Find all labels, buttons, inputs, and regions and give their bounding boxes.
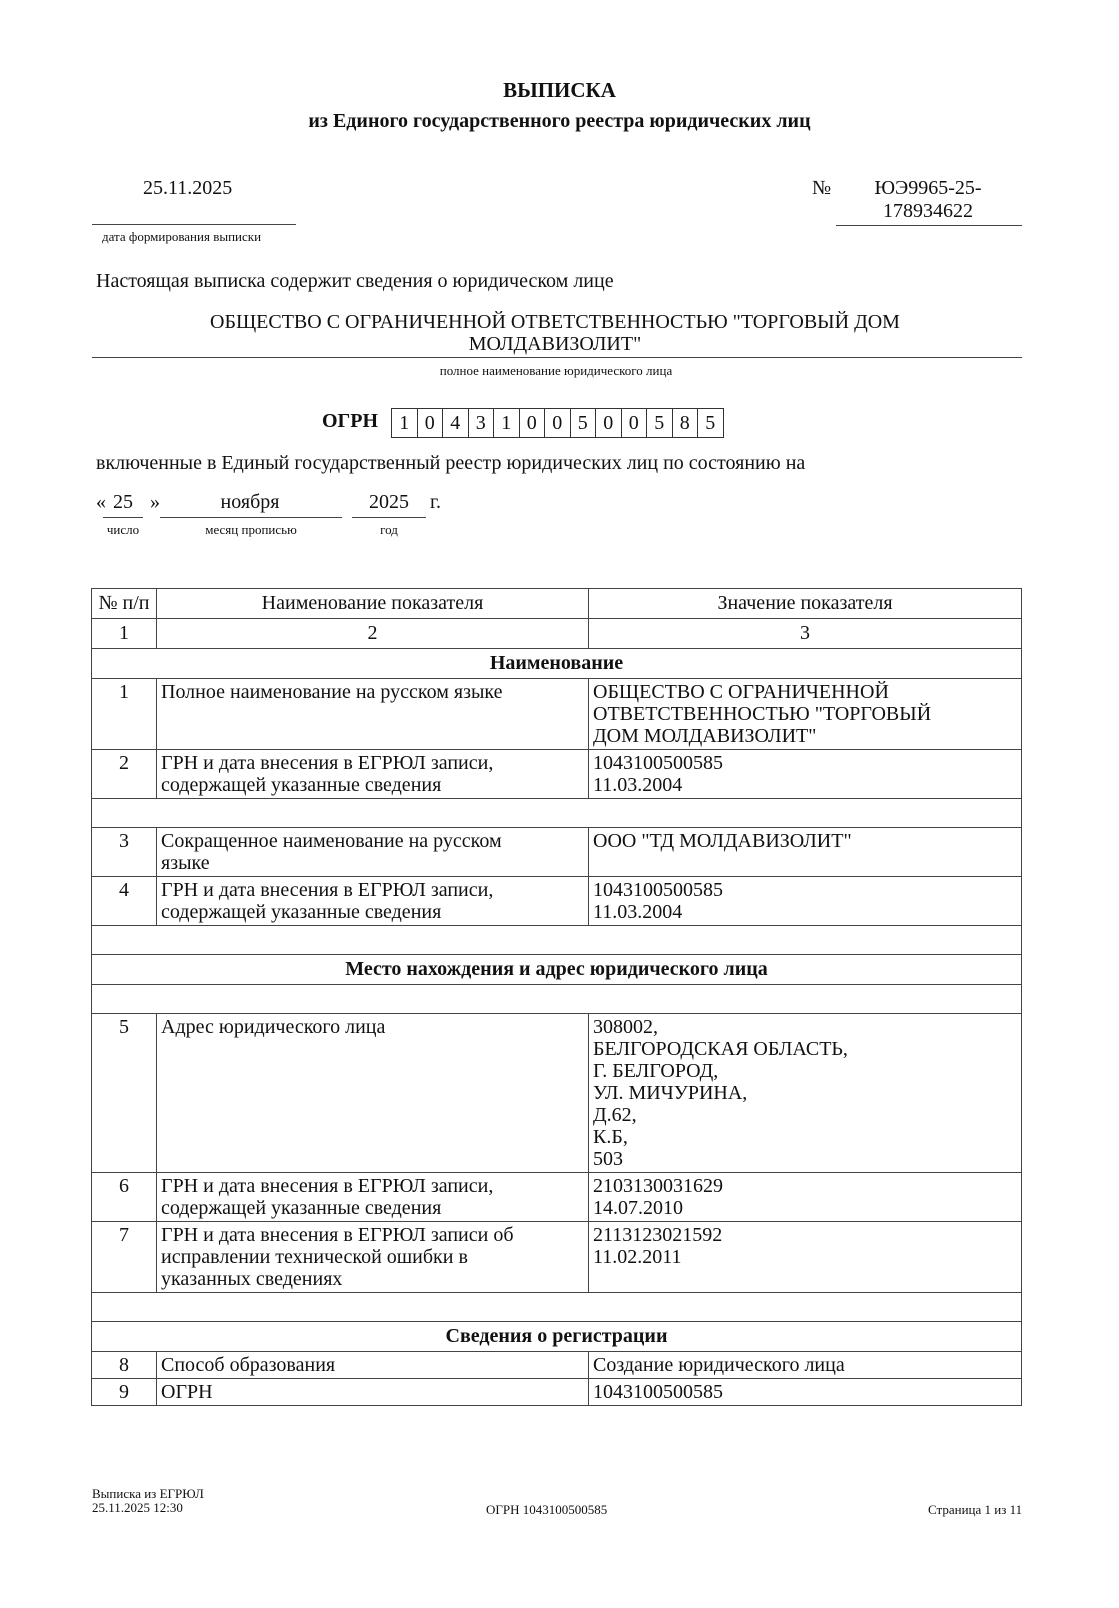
footer-page-number: Страница 1 из 11	[928, 1502, 1022, 1518]
row-value: 2103130031629 14.07.2010	[589, 1173, 1022, 1222]
column-number: 2	[157, 619, 589, 649]
section-title: Наименование	[92, 649, 1022, 679]
row-number: 4	[92, 877, 157, 926]
section-title: Сведения о регистрации	[92, 1322, 1022, 1352]
extract-number-line1: ЮЭ9965-25-	[838, 177, 1018, 200]
row-number: 7	[92, 1222, 157, 1293]
day-underline	[103, 517, 143, 518]
row-value: Создание юридического лица	[589, 1352, 1022, 1379]
row-number: 1	[92, 679, 157, 750]
ogrn-digit-boxes: 1 0 4 3 1 0 0 5 0 0 5 8 5	[392, 408, 724, 438]
spacer-row	[92, 1293, 1022, 1322]
as-of-year-suffix: г.	[430, 491, 441, 514]
table-row: 4 ГРН и дата внесения в ЕГРЮЛ записи, со…	[92, 877, 1022, 926]
row-value: 1043100500585 11.03.2004	[589, 877, 1022, 926]
row-indicator: ГРН и дата внесения в ЕГРЮЛ записи, соде…	[157, 1173, 589, 1222]
table-header-row: № п/п Наименование показателя Значение п…	[92, 589, 1022, 619]
column-header-value: Значение показателя	[589, 589, 1022, 619]
section-header-row: Наименование	[92, 649, 1022, 679]
ogrn-digit: 0	[544, 408, 571, 438]
month-underline	[160, 517, 342, 518]
ogrn-digit: 5	[646, 408, 673, 438]
ogrn-digit: 5	[570, 408, 597, 438]
ogrn-label: ОГРН	[322, 410, 378, 433]
as-of-day: 25	[100, 491, 146, 514]
row-number: 6	[92, 1173, 157, 1222]
row-indicator: ГРН и дата внесения в ЕГРЮЛ записи, соде…	[157, 877, 589, 926]
row-value: 308002, БЕЛГОРОДСКАЯ ОБЛАСТЬ, Г. БЕЛГОРО…	[589, 1014, 1022, 1173]
row-indicator: Адрес юридического лица	[157, 1014, 589, 1173]
column-header-indicator: Наименование показателя	[157, 589, 589, 619]
month-caption: месяц прописью	[160, 522, 342, 538]
spacer-row	[92, 985, 1022, 1014]
year-underline	[352, 517, 426, 518]
document-subtitle: из Единого государственного реестра юрид…	[0, 110, 1119, 133]
extract-number-line2: 178934622	[838, 200, 1018, 223]
table-row: 9 ОГРН 1043100500585	[92, 1379, 1022, 1406]
ogrn-digit: 0	[595, 408, 622, 438]
footer-ogrn: ОГРН 1043100500585	[486, 1502, 607, 1518]
number-sign: №	[812, 177, 831, 200]
row-indicator: Сокращенное наименование на русском язык…	[157, 828, 589, 877]
section-header-row: Сведения о регистрации	[92, 1322, 1022, 1352]
org-name-underline	[92, 357, 1022, 358]
row-indicator: ГРН и дата внесения в ЕГРЮЛ записи об ис…	[157, 1222, 589, 1293]
row-number: 9	[92, 1379, 157, 1406]
ogrn-digit: 0	[519, 408, 546, 438]
table-row: 8 Способ образования Создание юридическо…	[92, 1352, 1022, 1379]
column-number: 3	[589, 619, 1022, 649]
org-name-caption: полное наименование юридического лица	[0, 363, 1112, 379]
table-row: 7 ГРН и дата внесения в ЕГРЮЛ записи об …	[92, 1222, 1022, 1293]
row-value: 1043100500585 11.03.2004	[589, 750, 1022, 799]
ogrn-digit: 3	[468, 408, 495, 438]
table-row: 2 ГРН и дата внесения в ЕГРЮЛ записи, со…	[92, 750, 1022, 799]
column-number: 1	[92, 619, 157, 649]
table-row: 5 Адрес юридического лица 308002, БЕЛГОР…	[92, 1014, 1022, 1173]
ogrn-digit: 8	[672, 408, 699, 438]
section-header-row: Место нахождения и адрес юридического ли…	[92, 955, 1022, 985]
spacer-row	[92, 799, 1022, 828]
row-indicator: ОГРН	[157, 1379, 589, 1406]
row-number: 5	[92, 1014, 157, 1173]
included-text: включенные в Единый государственный реес…	[96, 452, 805, 475]
as-of-year: 2025	[352, 491, 426, 514]
ogrn-digit: 4	[442, 408, 469, 438]
ogrn-digit: 5	[697, 408, 724, 438]
formation-date: 25.11.2025	[143, 177, 232, 200]
row-indicator: ГРН и дата внесения в ЕГРЮЛ записи, соде…	[157, 750, 589, 799]
formation-date-caption: дата формирования выписки	[102, 229, 261, 245]
table-row: 3 Сокращенное наименование на русском яз…	[92, 828, 1022, 877]
section-title: Место нахождения и адрес юридического ли…	[92, 955, 1022, 985]
table-row: 6 ГРН и дата внесения в ЕГРЮЛ записи, со…	[92, 1173, 1022, 1222]
footer-document-info: Выписка из ЕГРЮЛ 25.11.2025 12:30	[92, 1487, 204, 1515]
table-row: 1 Полное наименование на русском языке О…	[92, 679, 1022, 750]
row-value: 1043100500585	[589, 1379, 1022, 1406]
row-indicator: Полное наименование на русском языке	[157, 679, 589, 750]
column-header-number: № п/п	[92, 589, 157, 619]
row-number: 3	[92, 828, 157, 877]
ogrn-digit: 1	[391, 408, 418, 438]
row-number: 8	[92, 1352, 157, 1379]
row-value: ОБЩЕСТВО С ОГРАНИЧЕННОЙ ОТВЕТСТВЕННОСТЬЮ…	[589, 679, 1022, 750]
ogrn-digit: 0	[417, 408, 444, 438]
document-title: ВЫПИСКА	[0, 78, 1119, 103]
intro-text: Настоящая выписка содержит сведения о юр…	[96, 270, 614, 293]
org-name-line1: ОБЩЕСТВО С ОГРАНИЧЕННОЙ ОТВЕТСТВЕННОСТЬЮ…	[100, 311, 1010, 333]
year-caption: год	[352, 522, 426, 538]
row-value: 2113123021592 11.02.2011	[589, 1222, 1022, 1293]
spacer-row	[92, 926, 1022, 955]
row-number: 2	[92, 750, 157, 799]
as-of-month: ноября	[158, 491, 342, 514]
egrul-data-table: № п/п Наименование показателя Значение п…	[91, 588, 1022, 1406]
day-caption: число	[95, 522, 151, 538]
ogrn-digit: 0	[621, 408, 648, 438]
org-name-line2: МОЛДАВИЗОЛИТ"	[100, 333, 1010, 355]
formation-date-underline	[92, 224, 296, 225]
extract-number: ЮЭ9965-25- 178934622	[838, 177, 1018, 223]
extract-number-underline	[836, 225, 1022, 226]
org-full-name: ОБЩЕСТВО С ОГРАНИЧЕННОЙ ОТВЕТСТВЕННОСТЬЮ…	[100, 311, 1010, 355]
ogrn-digit: 1	[493, 408, 520, 438]
column-numbers-row: 1 2 3	[92, 619, 1022, 649]
row-value: ООО "ТД МОЛДАВИЗОЛИТ"	[589, 828, 1022, 877]
row-indicator: Способ образования	[157, 1352, 589, 1379]
